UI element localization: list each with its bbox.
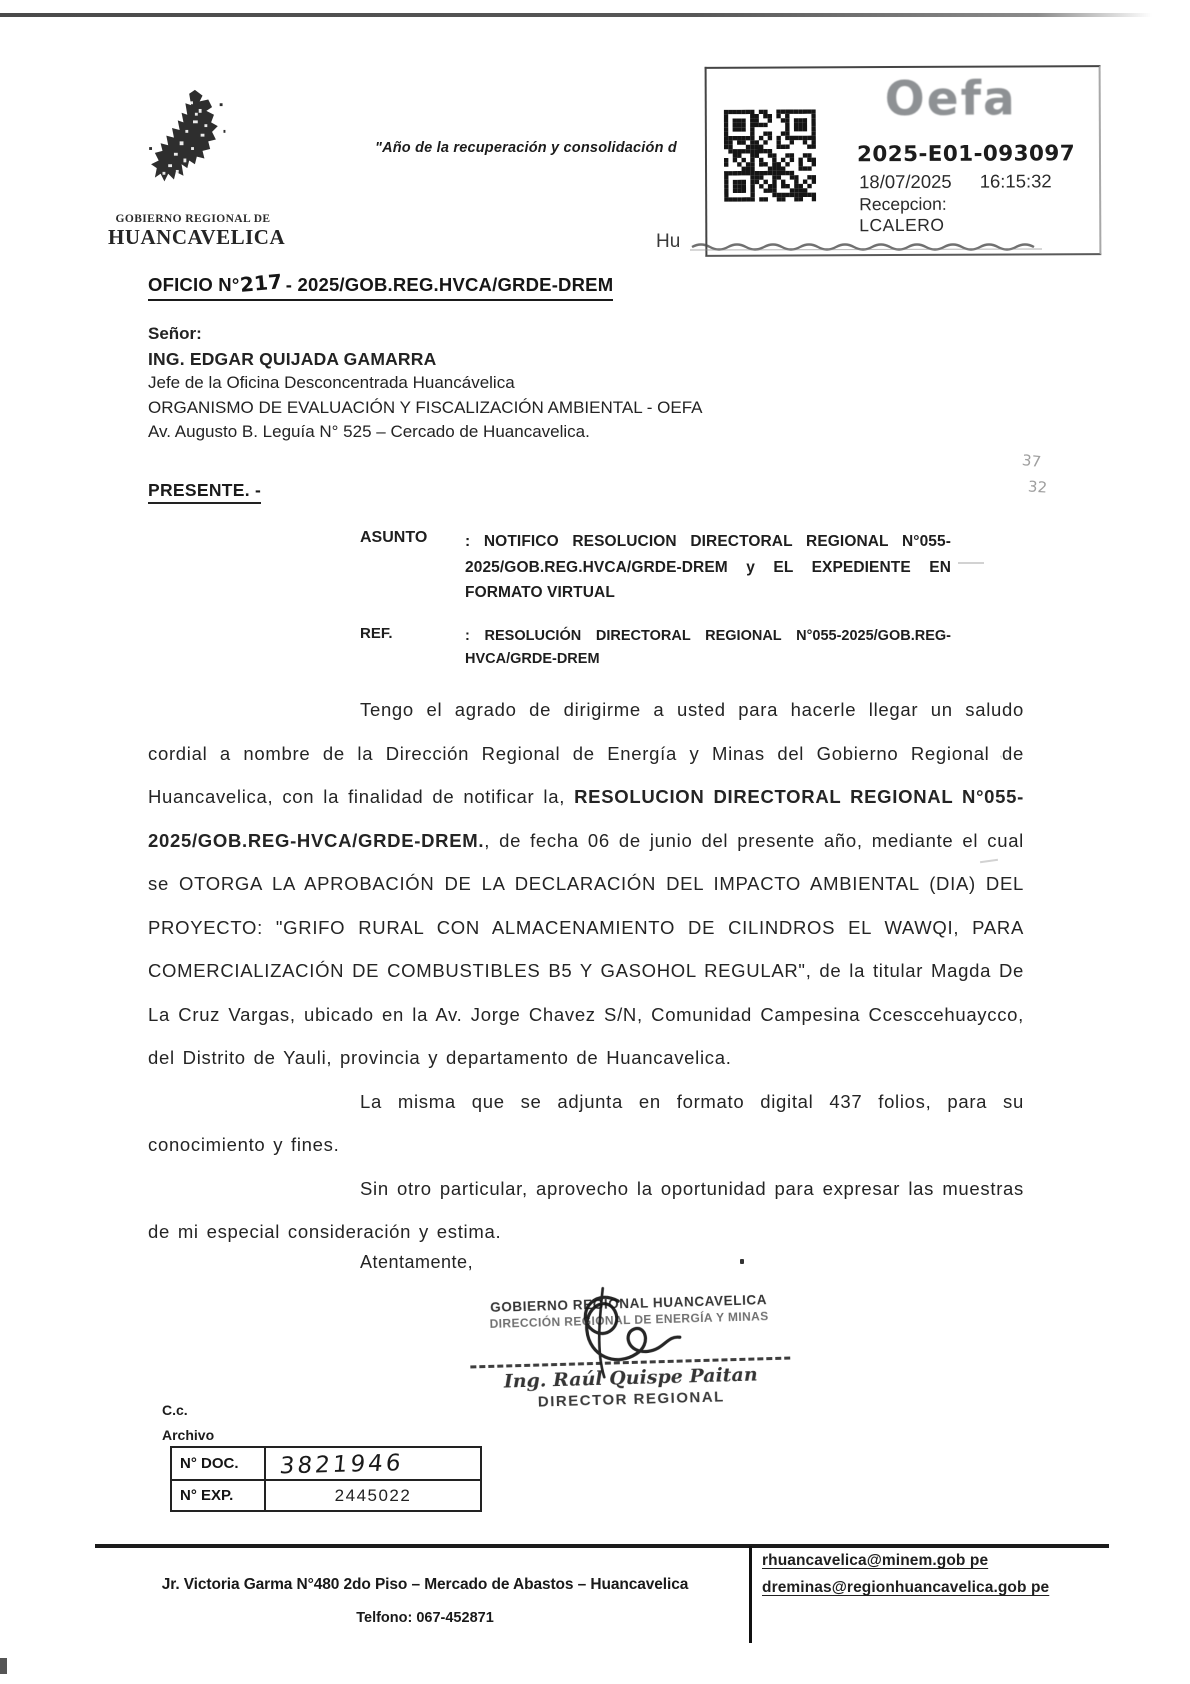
stamp-tracking-code: 2025-E01-093097 xyxy=(857,141,1075,167)
year-motto: "Año de la recuperación y consolidación … xyxy=(375,140,677,156)
regional-government-logo: GOBIERNO REGIONAL DE HUANCAVELICA xyxy=(108,88,278,250)
logo-org-line1: GOBIERNO REGIONAL DE xyxy=(108,213,278,225)
qr-code xyxy=(724,109,816,201)
footer-address-block: Jr. Victoria Garma N°480 2do Piso – Merc… xyxy=(118,1576,732,1626)
oefa-reception-stamp: Oefa 2025-E01-093097 18/07/202516:15:32 … xyxy=(705,65,1102,257)
oefa-logo: Oefa xyxy=(885,72,1017,128)
handwritten-oficio-number: 217 xyxy=(239,269,283,297)
table-row: N° EXP. 2445022 xyxy=(172,1479,480,1510)
cc-block: C.c. Archivo xyxy=(162,1398,214,1448)
doc-number-label: N° DOC. xyxy=(172,1448,266,1479)
addressee-block: Señor: ING. EDGAR QUIJADA GAMARRA Jefe d… xyxy=(148,322,703,445)
dateline-fragment: Hu xyxy=(656,231,680,253)
stamp-date: 18/07/2025 xyxy=(859,171,952,192)
stamp-time: 16:15:32 xyxy=(980,170,1052,191)
footer-email-2: dreminas@regionhuancavelica.gob pe xyxy=(762,1579,1049,1597)
scan-speck-artifact xyxy=(958,562,984,564)
salutation: Señor: xyxy=(148,322,703,347)
subject-text: : NOTIFICO RESOLUCION DIRECTORAL REGIONA… xyxy=(465,529,951,606)
addressee-name: ING. EDGAR QUIJADA GAMARRA xyxy=(148,347,703,372)
body-paragraph-1: Tengo el agrado de dirigirme a usted par… xyxy=(148,688,1024,1080)
footer-rule xyxy=(95,1544,1109,1548)
logo-org-line2: HUANCAVELICA xyxy=(108,225,278,250)
cc-archive: Archivo xyxy=(162,1423,214,1448)
scan-corner-artifact xyxy=(0,1658,7,1674)
title-suffix: - 2025/GOB.REG.HVCA/GRDE-DREM xyxy=(286,274,614,295)
strikethrough-squiggle xyxy=(690,239,1050,255)
footer-emails-block: rhuancavelica@minem.gob pe dreminas@regi… xyxy=(762,1552,1049,1606)
letter-body: Tengo el agrado de dirigirme a usted par… xyxy=(148,688,1024,1254)
reference-label: REF. xyxy=(360,625,393,642)
addressee-address: Av. Augusto B. Leguía N° 525 – Cercado d… xyxy=(148,420,703,445)
subject-label: ASUNTO xyxy=(360,529,427,547)
margin-note-1: 37 xyxy=(1021,451,1042,471)
doc-number-value-handwritten: 3821946 xyxy=(264,1445,482,1482)
stamp-reception-user: LCALERO xyxy=(859,215,944,236)
body-paragraph-2: La misma que se adjunta en formato digit… xyxy=(148,1080,1024,1167)
stamp-datetime: 18/07/202516:15:32 xyxy=(859,170,1052,193)
table-row: N° DOC. 3821946 xyxy=(172,1448,480,1479)
footer-email-1: rhuancavelica@minem.gob pe xyxy=(762,1552,1049,1570)
document-number-table: N° DOC. 3821946 N° EXP. 2445022 xyxy=(170,1446,482,1512)
presente-line: PRESENTE. - xyxy=(148,480,261,504)
signature-block: GOBIERNO REGIONAL HUANCAVELICA DIRECCIÓN… xyxy=(457,1291,804,1413)
exp-number-value: 2445022 xyxy=(266,1481,480,1510)
margin-note-2: 32 xyxy=(1027,477,1047,496)
cc-label: C.c. xyxy=(162,1398,214,1423)
reference-text: : RESOLUCIÓN DIRECTORAL REGIONAL N°055-2… xyxy=(465,625,951,693)
addressee-position: Jefe de la Oficina Desconcentrada Huancá… xyxy=(148,371,703,396)
body-paragraph-3: Sin otro particular, aprovecho la oportu… xyxy=(148,1167,1024,1254)
pen-mark-artifact xyxy=(740,1259,744,1264)
scan-edge-artifact xyxy=(0,13,1152,17)
para1-text-continued: , de fecha 06 de junio del presente año,… xyxy=(148,830,1024,1069)
addressee-organization: ORGANISMO DE EVALUACIÓN Y FISCALIZACIÓN … xyxy=(148,396,703,421)
exp-number-label: N° EXP. xyxy=(172,1481,266,1510)
footer-phone: Telfono: 067-452871 xyxy=(118,1610,732,1626)
title-prefix: OFICIO N° xyxy=(148,274,239,295)
footer-address: Jr. Victoria Garma N°480 2do Piso – Merc… xyxy=(118,1576,732,1594)
huancavelica-map-emblem xyxy=(145,88,241,210)
dateline-text: Hu xyxy=(656,231,680,252)
document-title: OFICIO N°217- 2025/GOB.REG.HVCA/GRDE-DRE… xyxy=(148,272,613,301)
footer-divider xyxy=(749,1546,752,1643)
stamp-reception-label: Recepcion: xyxy=(859,194,947,215)
scanned-document-page: GOBIERNO REGIONAL DE HUANCAVELICA "Año d… xyxy=(0,0,1190,1684)
closing-line: Atentamente, xyxy=(360,1252,473,1273)
